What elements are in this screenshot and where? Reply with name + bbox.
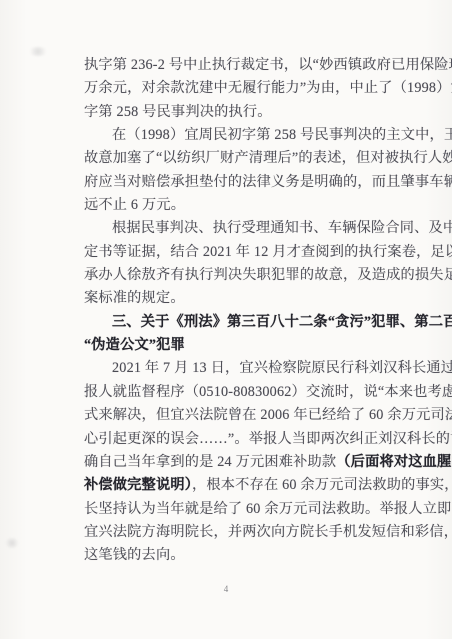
document-text: 这笔钱的去向。 [84,547,185,563]
document-text: 长坚持认为当年就是给了 60 余万元司法救助。举报人立即电话联系 [84,501,452,517]
document-text-bold: 补偿做完整说明） [84,477,192,493]
document-line: 万余元，对余款沈建中无履行能力”为由，中止了（1998）宜周民初 [84,77,404,100]
document-line: 根据民事判决、执行受理通知书、车辆保险合同、及中止执行裁 [84,217,404,240]
document-line: 府应当对赔偿承担垫付的法律义务是明确的，而且肇事车辆的保险也 [84,171,404,194]
document-text: 故意加塞了“以纺织厂财产清理后”的表述，但对被执行人妙西镇政 [84,150,452,166]
document-text: 府应当对赔偿承担垫付的法律义务是明确的，而且肇事车辆的保险也 [84,174,452,190]
document-page: 执字第 236-2 号中止执行裁定书，以“妙西镇政府已用保险理赔款 6万余元，对… [0,0,452,639]
document-line: 执字第 236-2 号中止执行裁定书，以“妙西镇政府已用保险理赔款 6 [84,54,404,77]
document-line: “伪造公文”犯罪 [84,334,404,357]
document-text-bold: “伪造公文”犯罪 [84,337,185,353]
page-number: 4 [0,584,452,594]
document-line: 字第 258 号民事判决的执行。 [84,101,404,124]
document-line: 三、关于《刑法》第三百八十二条“贪污”犯罪、第二百八十条 [84,311,404,334]
document-line: 确自己当年拿到的是 24 万元困难补助款（后面将对这血腥的 24 万元 [84,451,404,474]
document-text: 承办人徐敖齐有执行判决失职犯罪的故意，及造成的损失足以达到立 [84,267,452,283]
document-line: 式来解决，但宜兴法院曾在 2006 年已经给了 60 余万元司法救助，担 [84,404,404,427]
document-line: 这笔钱的去向。 [84,544,404,567]
document-line: 心引起更深的误会……”。举报人当即两次纠正刘汉科长的说法，明 [84,428,404,451]
document-text: 定书等证据，结合 2021 年 12 月才查阅到的执行案卷，足以证明执行 [84,244,452,260]
document-text: 确自己当年拿到的是 24 万元困难补助款 [84,454,336,470]
document-text: 报人就监督程序（0510-80830062）交流时，说“本来也考虑以救助方 [84,384,452,400]
document-line: 远不止 6 万元。 [84,194,404,217]
document-text: 式来解决，但宜兴法院曾在 2006 年已经给了 60 余万元司法救助，担 [84,407,452,423]
document-text: 根据民事判决、执行受理通知书、车辆保险合同、及中止执行裁 [112,220,452,236]
document-text-bold: （后面将对这血腥的 24 万元 [336,454,452,470]
document-line: 长坚持认为当年就是给了 60 余万元司法救助。举报人立即电话联系 [84,498,404,521]
document-text: 字第 258 号民事判决的执行。 [84,104,272,120]
document-line: 故意加塞了“以纺织厂财产清理后”的表述，但对被执行人妙西镇政 [84,147,404,170]
document-text: 2021 年 7 月 13 日，宜兴检察院原民行科刘汉科长通过电话跟举 [112,360,452,376]
document-line: 补偿做完整说明），根本不存在 60 余万元司法救助的事实，但刘汉科 [84,474,404,497]
document-text: 宜兴法院方海明院长，并两次向方院长手机发短信和彩信，要求查明 [84,524,452,540]
document-line: 报人就监督程序（0510-80830062）交流时，说“本来也考虑以救助方 [84,381,404,404]
document-text-bold: 三、关于《刑法》第三百八十二条“贪污”犯罪、第二百八十条 [112,314,452,330]
scan-smudge [27,47,49,56]
document-text: 案标准的规定。 [84,290,185,306]
scan-smudge [4,538,20,548]
document-text: 万余元，对余款沈建中无履行能力”为由，中止了（1998）宜周民初 [84,80,452,96]
document-line: 在（1998）宜周民初字第 258 号民事判决的主文中，王侧强虽然 [84,124,404,147]
document-line: 2021 年 7 月 13 日，宜兴检察院原民行科刘汉科长通过电话跟举 [84,357,404,380]
document-text: 远不止 6 万元。 [84,197,185,213]
document-line: 案标准的规定。 [84,287,404,310]
document-text-block: 执字第 236-2 号中止执行裁定书，以“妙西镇政府已用保险理赔款 6万余元，对… [84,54,404,568]
document-text: 在（1998）宜周民初字第 258 号民事判决的主文中，王侧强虽然 [112,127,452,143]
document-line: 承办人徐敖齐有执行判决失职犯罪的故意，及造成的损失足以达到立 [84,264,404,287]
document-line: 定书等证据，结合 2021 年 12 月才查阅到的执行案卷，足以证明执行 [84,241,404,264]
document-text: ，根本不存在 60 余万元司法救助的事实，但刘汉科 [192,477,452,493]
document-text: 执字第 236-2 号中止执行裁定书，以“妙西镇政府已用保险理赔款 6 [84,57,452,73]
document-text: 心引起更深的误会……”。举报人当即两次纠正刘汉科长的说法，明 [84,431,452,447]
document-line: 宜兴法院方海明院长，并两次向方院长手机发短信和彩信，要求查明 [84,521,404,544]
